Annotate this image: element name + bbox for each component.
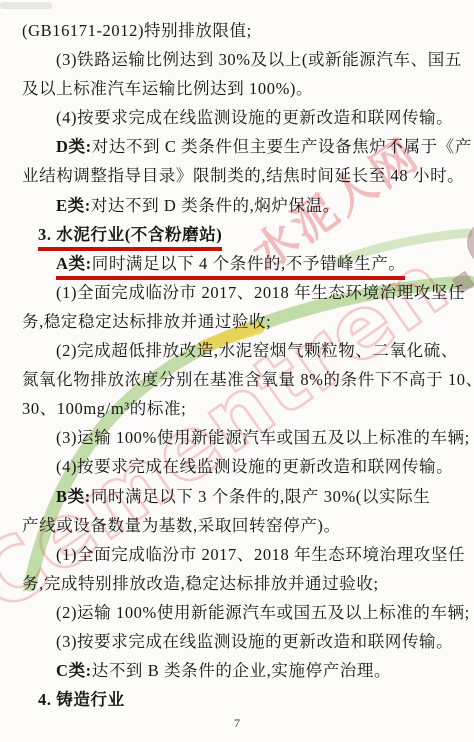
red-underline: A类:同时满足以下 4 个条件的,不予错峰生产。: [56, 252, 405, 280]
document-line: (3)铁路运输比例达到 30%及以上(或新能源汽车、国五: [22, 45, 468, 74]
document-line: 务,稳定稳定达标排放并通过验收;: [22, 307, 468, 336]
red-underline: 3. 水泥行业(不含粉磨站): [38, 223, 222, 251]
document-line: (3)按要求完成在线监测设施的更新改造和联网传输。: [22, 627, 468, 656]
document-line: 产线或设备数量为基数,采取回转窑停产)。: [22, 511, 468, 540]
document-page: Cementren.com 水泥人网 (GB16171-2012)特别排放限值;…: [0, 0, 474, 742]
document-line: (GB16171-2012)特别排放限值;: [22, 16, 468, 45]
document-line: (4)按要求完成在线监测设施的更新改造和联网传输。: [22, 103, 468, 132]
document-line: 氮氧化物排放浓度分别在基准含氧量 8%的条件下不高于 10、: [22, 365, 468, 394]
scan-artifact: [0, 2, 52, 9]
document-line: 务,完成特别排放改造,稳定达标排放并通过验收;: [22, 569, 468, 598]
document-body: (GB16171-2012)特别排放限值;(3)铁路运输比例达到 30%及以上(…: [22, 16, 468, 714]
document-line: (4)按要求完成在线监测设施的更新改造和联网传输。: [22, 452, 468, 481]
section-heading: 3. 水泥行业(不含粉磨站): [22, 220, 468, 249]
document-line: B类:同时满足以下 3 个条件的,限产 30%(以实际生: [22, 482, 468, 511]
document-line: D类:对达不到 C 类条件但主要生产设备焦炉不属于《产: [22, 132, 468, 161]
document-line: E类:对达不到 D 类条件的,焖炉保温。: [22, 191, 468, 220]
section-heading: 4. 铸造行业: [22, 685, 468, 714]
document-line: 业结构调整指导目录》限制类的,结焦时间延长至 48 小时。: [22, 161, 468, 190]
document-line: (3)运输 100%使用新能源汽车或国五及以上标准的车辆;: [22, 423, 468, 452]
document-line: (1)全面完成临汾市 2017、2018 年生态环境治理攻坚任: [22, 278, 468, 307]
document-line: C类:达不到 B 类条件的企业,实施停产治理。: [22, 656, 468, 685]
document-line: (1)全面完成临汾市 2017、2018 年生态环境治理攻坚任: [22, 540, 468, 569]
document-line: 30、100mg/m³的标准;: [22, 394, 468, 423]
document-line: A类:同时满足以下 4 个条件的,不予错峰生产。: [22, 249, 468, 278]
document-line: (2)运输 100%使用新能源汽车或国五及以上标准的车辆;: [22, 598, 468, 627]
document-line: 及以上标准汽车运输比例达到 100%)。: [22, 74, 468, 103]
document-line: (2)完成超低排放改造,水泥窑烟气颗粒物、二氧化硫、: [22, 336, 468, 365]
page-number: 7: [0, 716, 474, 731]
